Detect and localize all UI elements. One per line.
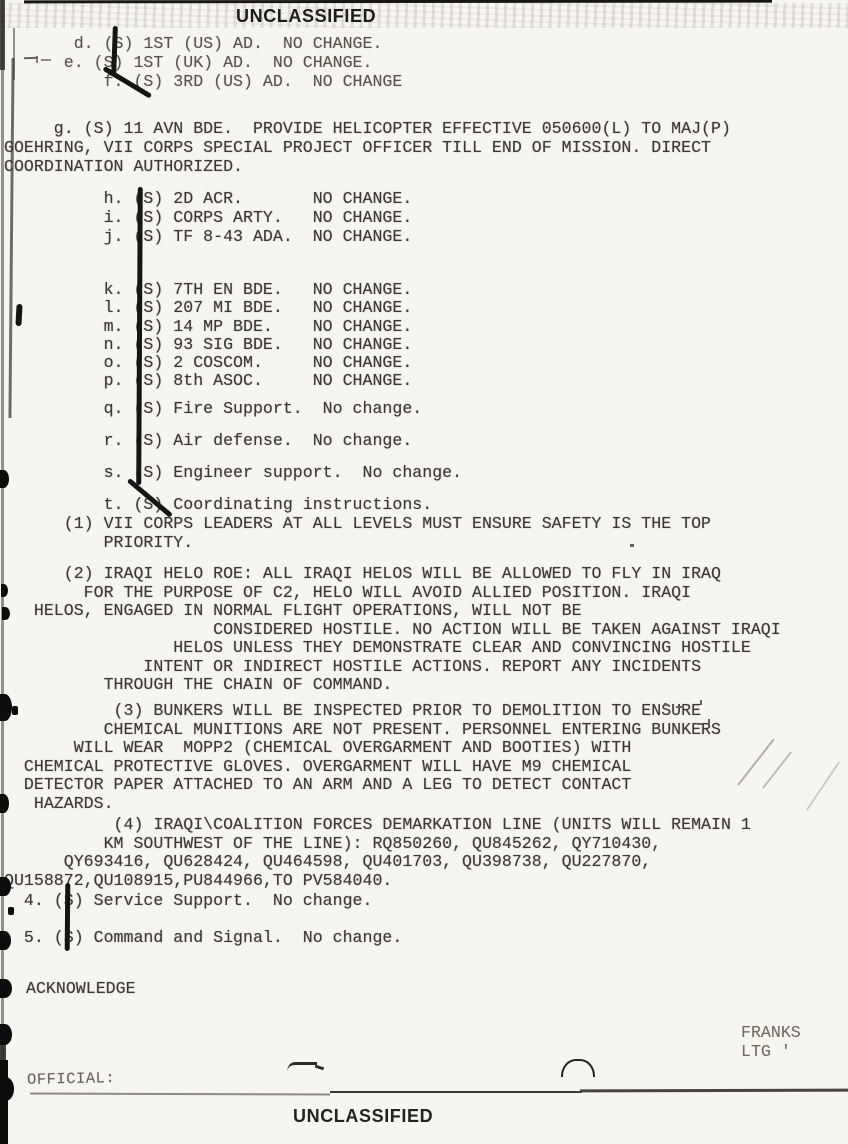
paragraph-service-support: 4. (S) Service Support. No change. — [4, 891, 372, 910]
paragraph-iraqi-helo-roe: (2) IRAQI HELO ROE: ALL IRAQI HELOS WILL… — [4, 565, 781, 695]
scan-blob — [0, 1060, 8, 1144]
scan-blob — [0, 979, 12, 998]
paragraph-subunits-def: d. (S) 1ST (US) AD. NO CHANGE. e. (S) 1S… — [4, 34, 402, 91]
margin-tick-mark — [15, 304, 22, 326]
paper-edge-line — [1, 0, 4, 1144]
classification-header: UNCLASSIFIED — [236, 6, 376, 27]
scan-blob — [0, 1024, 12, 1045]
scan-blob — [0, 470, 9, 488]
paragraph-avn-bde: g. (S) 11 AVN BDE. PROVIDE HELICOPTER EF… — [4, 119, 731, 176]
classification-footer: UNCLASSIFIED — [293, 1106, 433, 1127]
signature-block: FRANKS LTG ' — [741, 1024, 801, 1061]
scan-speck — [700, 700, 702, 705]
scan-scratch — [762, 751, 792, 788]
curve-mark — [287, 1062, 317, 1077]
scanned-document-page: UNCLASSIFIED d. (S) 1ST (US) AD. NO CHAN… — [0, 0, 848, 1144]
paragraph-air-defense: r. (S) Air defense. No change. — [4, 431, 412, 450]
footer-rule-segment — [30, 1092, 330, 1095]
pen-strike-vertical-45 — [65, 883, 71, 951]
official-label: OFFICIAL: — [27, 1069, 116, 1090]
paragraph-engineer-support: s. (S) Engineer support. No change. — [4, 463, 462, 482]
scan-speck — [630, 544, 634, 547]
curve-mark — [561, 1059, 595, 1077]
scan-speck — [697, 723, 703, 725]
paper-edge-line — [0, 0, 5, 70]
scan-blob — [12, 706, 18, 715]
paragraph-fire-support: q. (S) Fire Support. No change. — [4, 399, 422, 418]
scan-blob — [0, 931, 11, 950]
paper-edge-wavy-line — [13, 28, 15, 80]
paragraph-units-hij: h. (S) 2D ACR. NO CHANGE. i. (S) CORPS A… — [4, 189, 412, 246]
scan-speck — [664, 703, 667, 706]
scan-speck — [676, 706, 684, 708]
scan-scratch — [806, 762, 840, 811]
scan-speck — [708, 719, 710, 724]
paragraph-command-signal: 5. (S) Command and Signal. No change. — [4, 928, 402, 947]
footer-rule-segment — [330, 1091, 582, 1093]
paragraph-units-kp: k. (S) 7TH EN BDE. NO CHANGE. l. (S) 207… — [4, 281, 412, 391]
scan-blob — [8, 907, 14, 915]
footer-rule-segment — [580, 1089, 848, 1092]
paragraph-coordinating: t. (S) Coordinating instructions. (1) VI… — [4, 495, 711, 552]
paragraph-demarkation: (4) IRAQI\COALITION FORCES DEMARKATION L… — [4, 816, 751, 890]
acknowledge-line: ACKNOWLEDGE — [26, 979, 136, 998]
paragraph-bunkers: (3) BUNKERS WILL BE INSPECTED PRIOR TO D… — [4, 702, 721, 813]
scan-noise-band — [0, 3, 848, 28]
scan-blob — [0, 1077, 14, 1101]
